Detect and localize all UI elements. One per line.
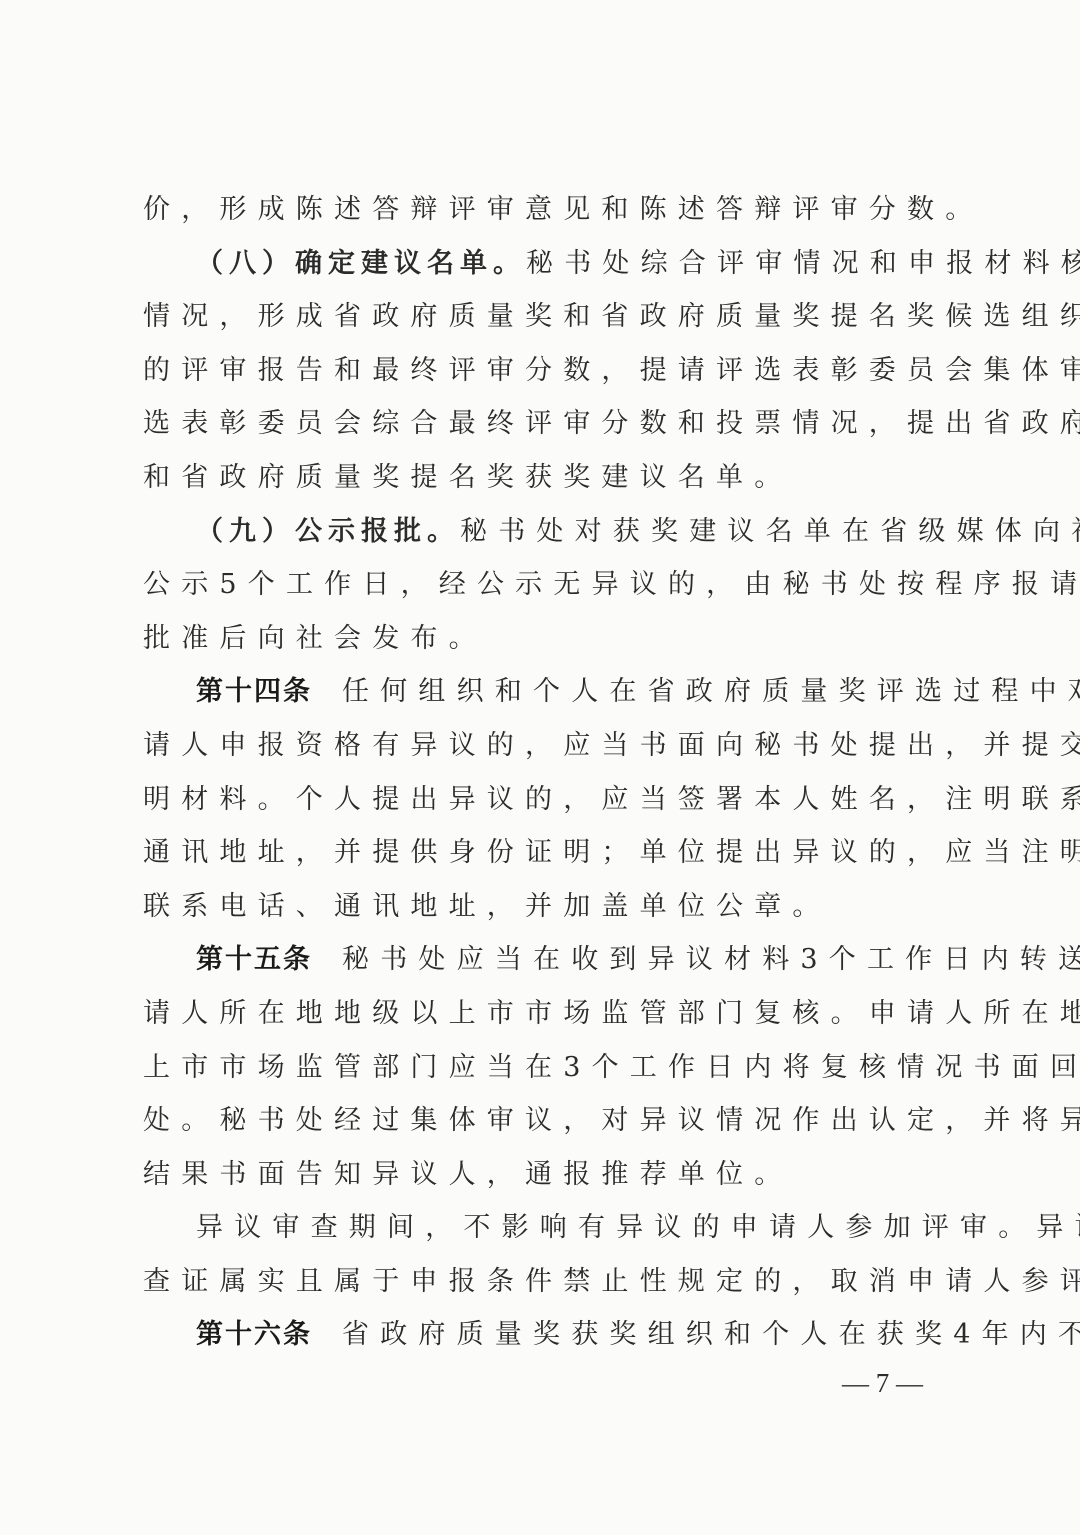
document-page: 价，形成陈述答辩评审意见和陈述答辩评审分数。 （八）确定建议名单。秘书处综合评审… xyxy=(0,0,1080,1535)
text-line: 批准后向社会发布。 xyxy=(143,612,943,666)
text-line: 公示5个工作日，经公示无异议的，由秘书处按程序报请省政府 xyxy=(143,558,943,612)
text-line: 联系电话、通讯地址，并加盖单位公章。 xyxy=(143,880,943,934)
text-line: 异议审查期间，不影响有异议的申请人参加评审。异议内容 xyxy=(143,1201,943,1255)
text-line: 情况，形成省政府质量奖和省政府质量奖提名奖候选组织和个人 xyxy=(143,290,943,344)
text-run: 秘书处对获奖建议名单在省级媒体向社会 xyxy=(460,516,1080,547)
item-heading: （九）公示报批。 xyxy=(196,516,460,547)
text-line: 第十五条秘书处应当在收到异议材料3个工作日内转送申 xyxy=(143,933,943,987)
article-heading: 第十六条 xyxy=(196,1319,312,1350)
article-heading: 第十五条 xyxy=(196,944,312,975)
text-line: 结果书面告知异议人，通报推荐单位。 xyxy=(143,1148,943,1202)
text-line: 的评审报告和最终评审分数，提请评选表彰委员会集体审议。评 xyxy=(143,344,943,398)
item-heading: （八）确定建议名单。 xyxy=(196,248,526,279)
text-run: 任何组织和个人在省政府质量奖评选过程中对申 xyxy=(342,676,1080,707)
text-line: 价，形成陈述答辩评审意见和陈述答辩评审分数。 xyxy=(143,183,943,237)
text-line: 第十四条任何组织和个人在省政府质量奖评选过程中对申 xyxy=(143,665,943,719)
body-text: 价，形成陈述答辩评审意见和陈述答辩评审分数。 （八）确定建议名单。秘书处综合评审… xyxy=(143,183,943,1362)
page-number: — 7 — xyxy=(842,1368,923,1399)
text-line: （九）公示报批。秘书处对获奖建议名单在省级媒体向社会 xyxy=(143,505,943,559)
text-line: 请人申报资格有异议的，应当书面向秘书处提出，并提交相关证 xyxy=(143,719,943,773)
text-line: 请人所在地地级以上市市场监管部门复核。申请人所在地地级以 xyxy=(143,987,943,1041)
text-run: 秘书处应当在收到异议材料3个工作日内转送申 xyxy=(342,944,1080,975)
text-line: 处。秘书处经过集体审议，对异议情况作出认定，并将异议处理 xyxy=(143,1094,943,1148)
text-line: 第十六条省政府质量奖获奖组织和个人在获奖4年内不得 xyxy=(143,1308,943,1362)
text-line: 和省政府质量奖提名奖获奖建议名单。 xyxy=(143,451,943,505)
text-line: 查证属实且属于申报条件禁止性规定的，取消申请人参评资格。 xyxy=(143,1255,943,1309)
article-heading: 第十四条 xyxy=(196,676,312,707)
text-run: 秘书处综合评审情况和申报材料核查 xyxy=(526,248,1080,279)
text-line: 明材料。个人提出异议的，应当签署本人姓名，注明联系电话、 xyxy=(143,773,943,827)
text-line: 选表彰委员会综合最终评审分数和投票情况，提出省政府质量奖 xyxy=(143,397,943,451)
text-run: 省政府质量奖获奖组织和个人在获奖4年内不得 xyxy=(342,1319,1080,1350)
text-line: 通讯地址，并提供身份证明；单位提出异议的，应当注明住所及 xyxy=(143,826,943,880)
text-line: 上市市场监管部门应当在3个工作日内将复核情况书面回复秘书 xyxy=(143,1041,943,1095)
text-line: （八）确定建议名单。秘书处综合评审情况和申报材料核查 xyxy=(143,237,943,291)
